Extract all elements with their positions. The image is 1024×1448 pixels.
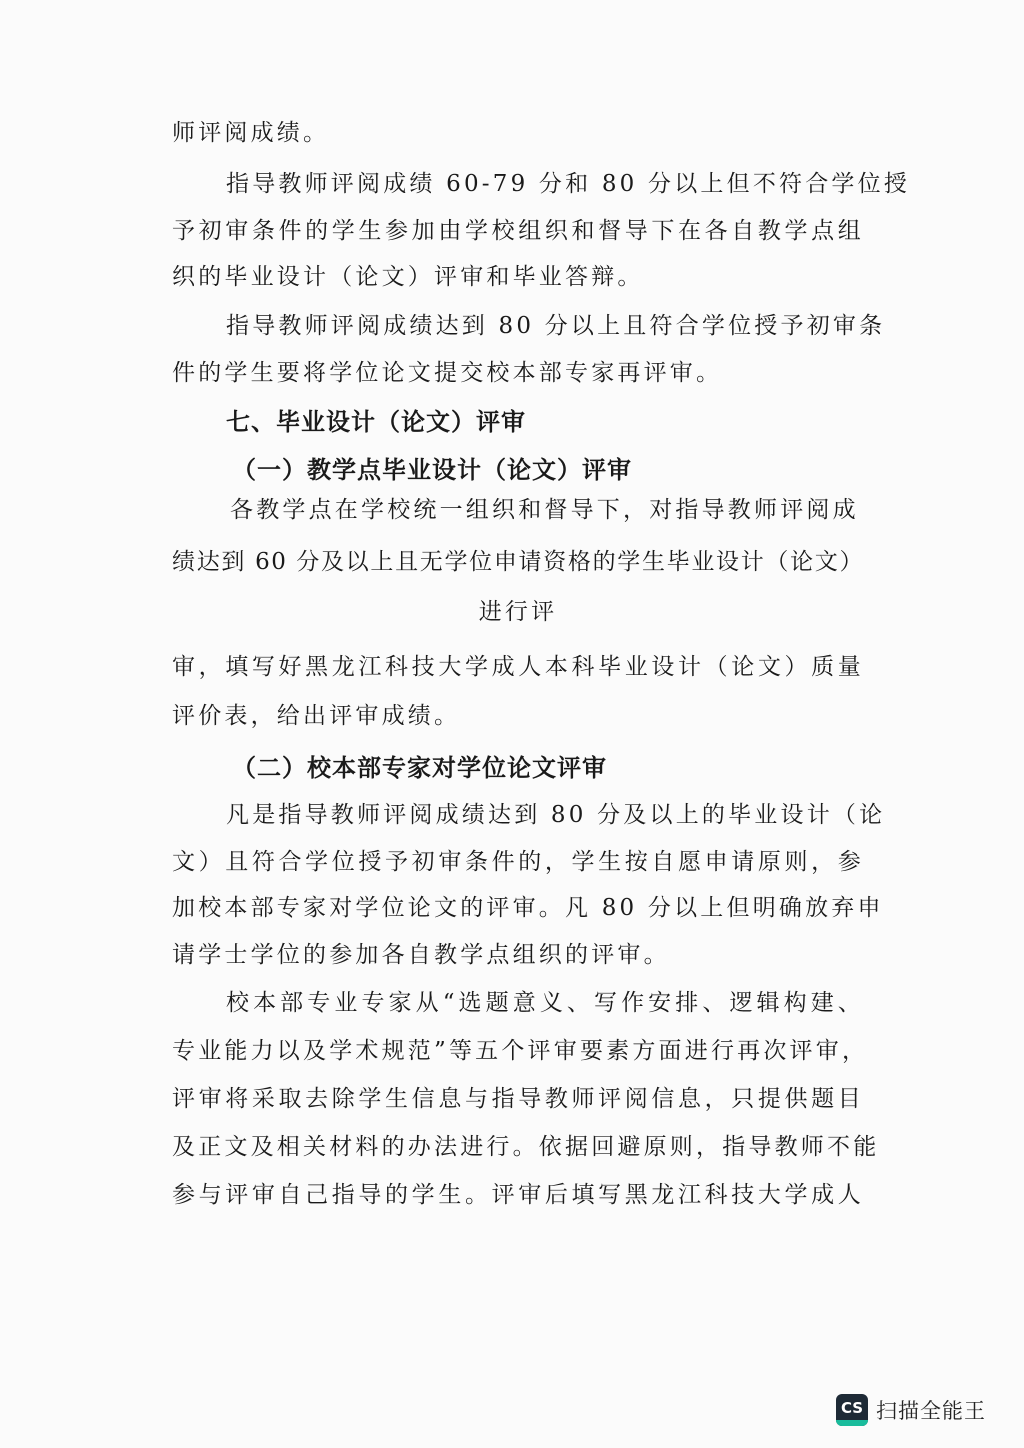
paragraph-line: 请学士学位的参加各自教学点组织的评审。: [172, 940, 864, 970]
subsection-heading: （二）校本部专家对学位论文评审: [232, 753, 924, 783]
paragraph-line: 指导教师评阅成绩 60-79 分和 80 分以上但不符合学位授: [226, 169, 864, 199]
paragraph-line: 凡是指导教师评阅成绩达到 80 分及以上的毕业设计（论: [226, 800, 864, 830]
paragraph-line: 评审将采取去除学生信息与指导教师评阅信息，只提供题目: [172, 1084, 864, 1114]
paragraph-line: 予初审条件的学生参加由学校组织和督导下在各自教学点组: [172, 216, 864, 246]
paragraph-line: 绩达到 60 分及以上且无学位申请资格的学生毕业设计（论文）: [172, 547, 864, 577]
scanned-page: 师评阅成绩。 指导教师评阅成绩 60-79 分和 80 分以上但不符合学位授 予…: [0, 0, 1024, 1448]
camscanner-logo-icon: CS: [836, 1394, 868, 1426]
paragraph-line: 加校本部专家对学位论文的评审。凡 80 分以上但明确放弃申: [172, 893, 864, 923]
logo-text: CS: [841, 1399, 863, 1417]
paragraph-line: 审，填写好黑龙江科技大学成人本科毕业设计（论文）质量: [172, 652, 864, 682]
paragraph-line: 进行评: [172, 597, 864, 627]
section-heading: 七、毕业设计（论文）评审: [226, 407, 864, 437]
paragraph-line: 件的学生要将学位论文提交校本部专家再评审。: [172, 358, 864, 388]
paragraph-line: 评价表，给出评审成绩。: [172, 701, 864, 731]
paragraph-line: 师评阅成绩。: [172, 118, 864, 148]
paragraph-line: 文）且符合学位授予初审条件的，学生按自愿申请原则，参: [172, 847, 864, 877]
paragraph-line: 参与评审自己指导的学生。评审后填写黑龙江科技大学成人: [172, 1180, 864, 1210]
watermark-label: 扫描全能王: [876, 1395, 986, 1425]
paragraph-line: 校本部专业专家从“选题意义、写作安排、逻辑构建、: [226, 988, 864, 1018]
paragraph-line: 织的毕业设计（论文）评审和毕业答辩。: [172, 262, 864, 292]
paragraph-line: 及正文及相关材料的办法进行。依据回避原则，指导教师不能: [172, 1132, 864, 1162]
camscanner-watermark: CS 扫描全能王: [836, 1394, 986, 1426]
subsection-heading: （一）教学点毕业设计（论文）评审: [232, 455, 924, 485]
paragraph-line: 各教学点在学校统一组织和督导下，对指导教师评阅成: [230, 495, 858, 525]
paragraph-line: 专业能力以及学术规范”等五个评审要素方面进行再次评审，: [172, 1036, 864, 1066]
paragraph-line: 指导教师评阅成绩达到 80 分以上且符合学位授予初审条: [226, 311, 864, 341]
